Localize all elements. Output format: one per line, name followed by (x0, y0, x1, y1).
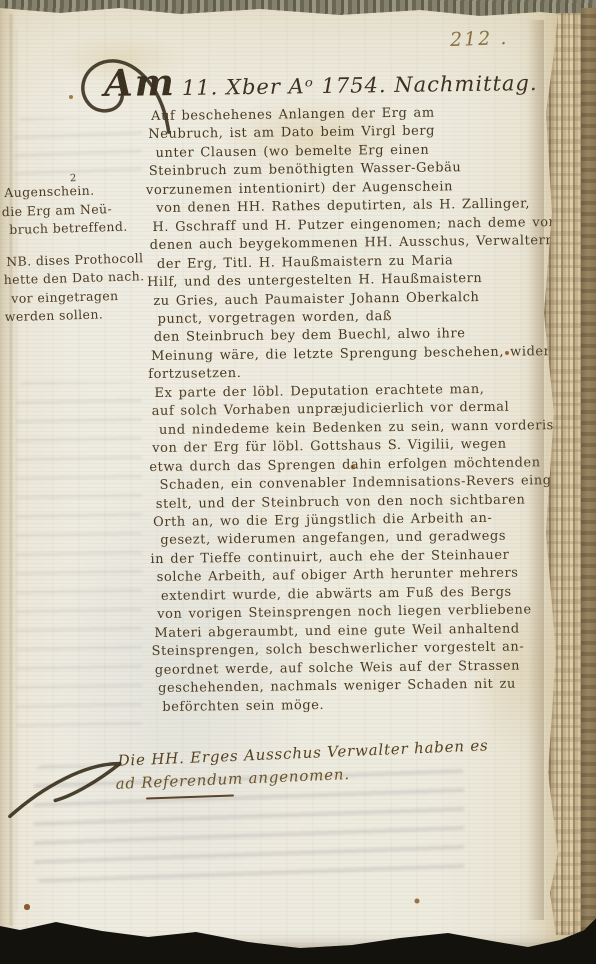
gutter-crease (16, 30, 17, 910)
page-number: 212 . (450, 27, 509, 51)
manuscript-line: werden sollen. (5, 304, 158, 327)
margin-note-group: NB. dises Prothocollhette den Dato nach.… (6, 248, 158, 326)
heading-text: 11. Xber Aᵒ 1754. Nachmittag. (182, 71, 538, 100)
margin-note-group: Augenschein.die Erg am Neü-bruch betreff… (4, 180, 155, 240)
book-page-block-edge (581, 8, 596, 942)
page-edge-shadow (528, 20, 544, 920)
closing-underline-stroke (146, 794, 234, 799)
entry-heading: Am11. Xber Aᵒ 1754. Nachmittag. (104, 55, 538, 105)
pen-flourish-icon (1, 750, 124, 835)
manuscript-line: bruch betreffend. (9, 217, 155, 240)
body-paragraph: Ex parte der löbl. Deputation erachtete … (154, 380, 556, 717)
closing-note: Die HH. Erges Ausschus Verwalter haben e… (117, 734, 490, 796)
body-text: Auf beschehenes Anlangen der Erg amNeubr… (151, 103, 556, 717)
margin-note: 2 Augenschein.die Erg am Neü-bruch betre… (4, 180, 158, 327)
margin-superscript: 2 (70, 170, 77, 189)
manuscript-scan: 212 . Am11. Xber Aᵒ 1754. Nachmittag. 2 … (0, 0, 596, 964)
show-through-text (14, 118, 142, 180)
body-paragraph: Auf beschehenes Anlangen der Erg amNeubr… (151, 103, 552, 385)
gutter-crease (10, 14, 12, 926)
paper-specks (0, 0, 2, 2)
show-through-text (16, 382, 142, 732)
manuscript-page: 212 . Am11. Xber Aᵒ 1754. Nachmittag. 2 … (0, 0, 596, 948)
heading-initial: Am (104, 60, 176, 105)
closing-lines: Die HH. Erges Ausschus Verwalter haben e… (117, 734, 490, 796)
book-top-edge (0, 0, 596, 17)
